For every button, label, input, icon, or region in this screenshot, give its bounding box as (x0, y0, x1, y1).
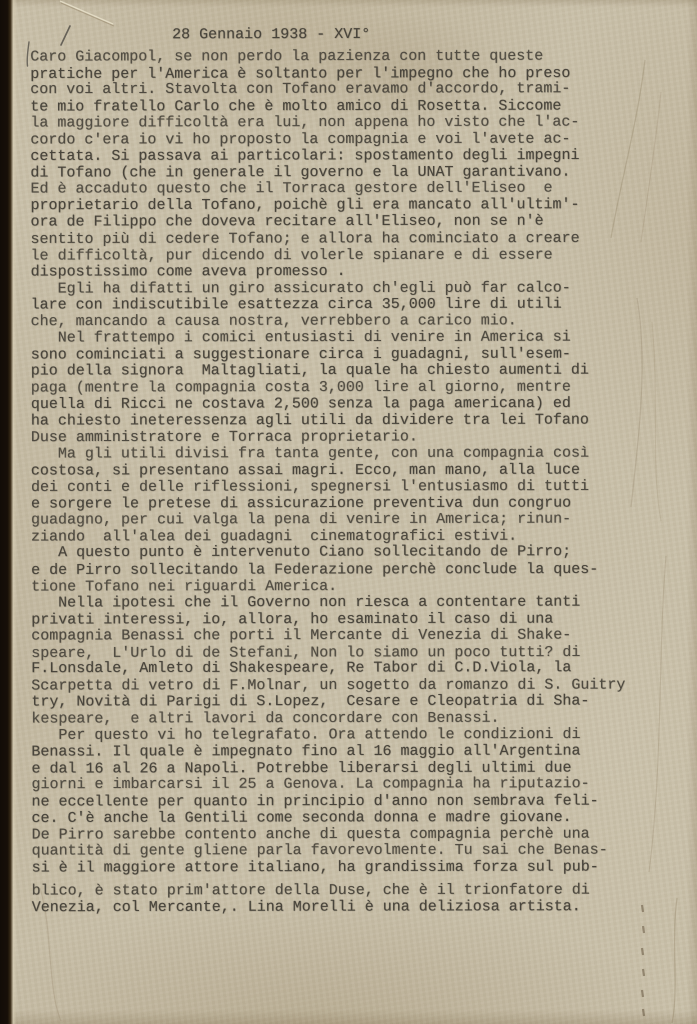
text-line: Benassi. Il quale è impegnato fino al 16… (31, 743, 625, 761)
text-line: guadagno, per cui valga la pena di venir… (31, 512, 625, 530)
text-line: e de Pirro sollecitando la Federazione p… (31, 562, 625, 580)
text-line: F.Lonsdale, Amleto di Shakespeare, Re Ta… (31, 660, 625, 678)
text-line: Venezia, col Mercante,. Lina Morelli è u… (32, 899, 626, 917)
text-line: kespeare, e altri lavori da concordare c… (31, 710, 625, 728)
text-line: Nel frattempo i comici entusiasti di ven… (31, 330, 625, 348)
text-line: la maggiore difficoltà era lui, non appe… (30, 115, 624, 133)
text-line: le difficoltà, pur dicendo di volerle sp… (31, 247, 625, 265)
text-line: dei conti e delle riflessioni, spegnersi… (31, 479, 625, 497)
text-line: compagnia Benassi che porti il Mercante … (31, 628, 625, 646)
text-line: Duse amministratore e Torraca proprietar… (31, 429, 625, 447)
text-line: tione Tofano nei riguardi America. (31, 578, 625, 596)
text-line: Per questo vi ho telegrafato. Ora attend… (31, 727, 625, 745)
text-line: Nella ipotesi che il Governo non riesca … (31, 595, 625, 613)
text-line: Caro Giacompol, se non perdo la pazienza… (30, 49, 624, 67)
text-line: cettata. Si passava ai particolari: spos… (30, 148, 624, 166)
text-line: cordo c'era io vi ho proposto la compagn… (30, 131, 624, 149)
text-line: dispostissimo come aveva promesso . (31, 264, 625, 282)
text-line: Egli ha difatti un giro assicurato ch'eg… (31, 280, 625, 298)
text-line: paga (mentre la compagnia costa 3,000 li… (31, 379, 625, 397)
scanned-letter-page: 28 Gennaio 1938 - XVI° Caro Giacompol, s… (0, 0, 697, 1024)
date-line: 28 Gennaio 1938 - XVI° (172, 26, 370, 43)
text-line: quella di Ricci ne costava 2,500 senza l… (31, 396, 625, 414)
text-line: ora de Filippo che doveva recitare all'E… (30, 214, 624, 232)
text-line: A questo punto è intervenuto Ciano solle… (31, 545, 625, 563)
text-line: giorni e imbarcarsi il 25 a Genova. La c… (31, 776, 625, 794)
text-line: ne eccellente per quanto in principio d'… (31, 793, 625, 811)
typewritten-text-layer: 28 Gennaio 1938 - XVI° Caro Giacompol, s… (0, 0, 697, 1024)
text-line: con voi altri. Stavolta con Tofano erava… (30, 81, 624, 99)
text-line: quantità di gente gliene parla favorevol… (32, 843, 626, 861)
letter-body: Caro Giacompol, se non perdo la pazienza… (30, 49, 626, 917)
text-line: try, Novità di Parigi di S.Lopez, Cesare… (31, 694, 625, 712)
text-line: Scarpetta di vetro di F.Molnar, un soget… (31, 677, 625, 695)
text-line: si è il maggiore attore italiano, ha gra… (32, 859, 626, 877)
text-line: costosa, si presentano assai magri. Ecco… (31, 462, 625, 480)
text-line: proprietario della Tofano, poichè gli er… (30, 197, 624, 215)
text-line: Ma gli utili divisi fra tanta gente, con… (31, 446, 625, 464)
